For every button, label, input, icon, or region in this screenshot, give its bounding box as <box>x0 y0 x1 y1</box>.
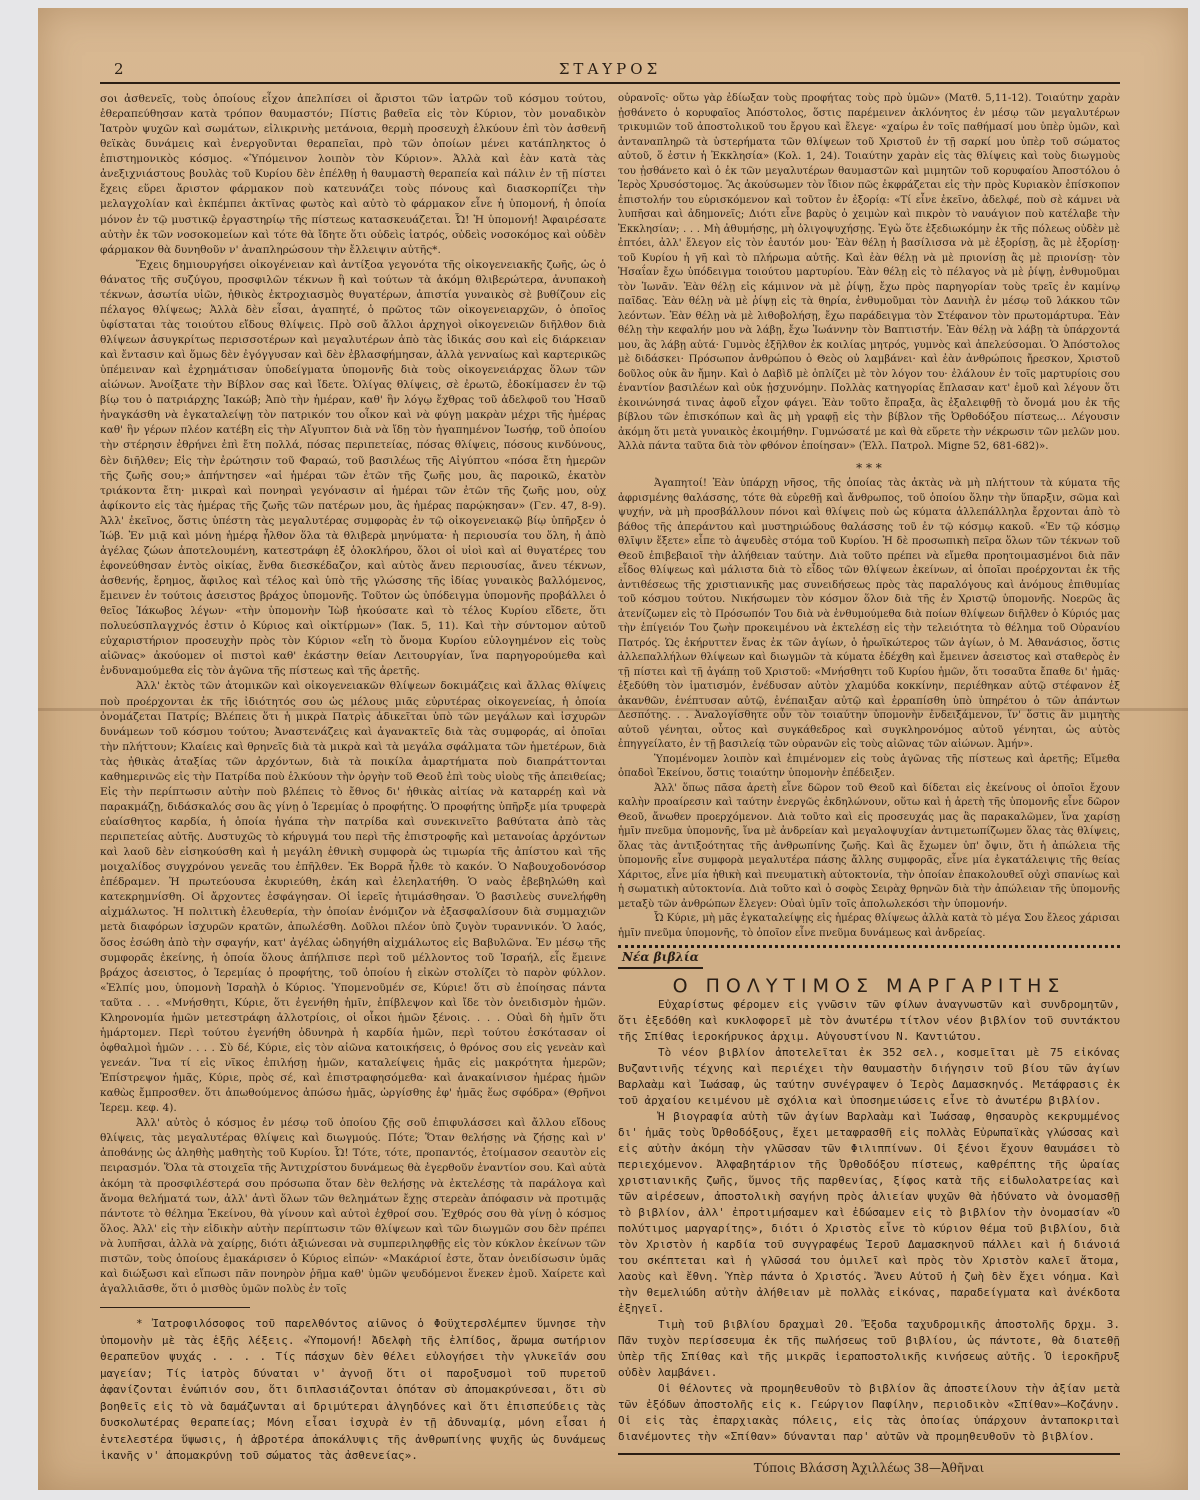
section-separator: * * * <box>618 461 1120 476</box>
article-paragraph: οὐρανοῖς· οὕτω γὰρ ἐδίωξαν τοὺς προφήτας… <box>618 92 1120 455</box>
announcement-paragraph: Τὸ νέον βιβλίον ἀποτελεῖται ἐκ 352 σελ.,… <box>618 1045 1120 1109</box>
announcement-paragraph: Εὐχαρίστως φέρομεν εἰς γνῶσιν τῶν φίλων … <box>618 997 1120 1045</box>
article-paragraph: Ἔχεις δημιουργήσει οἰκογένειαν καὶ ἀντίξ… <box>100 258 606 680</box>
article-paragraph: σοι ἀσθενεῖς, τοὺς ὁποίους εἶχον ἀπελπίσ… <box>100 92 606 258</box>
article-paragraph: Ἀλλ' ὅπως πᾶσα ἀρετὴ εἶνε δῶρον τοῦ Θεοῦ… <box>618 782 1120 913</box>
book-title: Ο ΠΟΛΥΤΙΜΟΣ ΜΑΡΓΑΡΙΤΗΣ <box>618 979 1120 994</box>
closing-prayer: Ὦ Κύριε, μὴ μᾶς ἐγκαταλείψῃς εἰς ἡμέρας … <box>618 912 1120 941</box>
article-paragraph: Ὑπομένομεν λοιπὸν καὶ ἐπιμένομεν εἰς τοὺ… <box>618 753 1120 782</box>
footnote-divider <box>100 1307 250 1308</box>
footnote: * Ἰατροφιλόσοφος τοῦ παρελθόντος αἰῶνος … <box>100 1316 606 1465</box>
book-announcement: Εὐχαρίστως φέρομεν εἰς γνῶσιν τῶν φίλων … <box>618 997 1120 1445</box>
right-column: οὐρανοῖς· οὕτω γὰρ ἐδίωξαν τοὺς προφήτας… <box>618 92 1120 1476</box>
header-rule <box>100 82 1120 84</box>
page-header: 2 ΣΤΑΥΡΟΣ <box>100 60 1120 80</box>
article-paragraph: Ἀλλ' αὐτὸς ὁ κόσμος ἐν μέσῳ τοῦ ὁποίου ζ… <box>100 1116 606 1297</box>
dotted-divider <box>618 945 1120 948</box>
bottom-rule <box>618 1453 1120 1455</box>
article-paragraph: Ἀγαπητοί! Ἐὰν ὑπάρχῃ νῆσος, τῆς ὁποίας τ… <box>618 477 1120 753</box>
left-column: σοι ἀσθενεῖς, τοὺς ὁποίους εἶχον ἀπελπίσ… <box>100 92 606 1465</box>
masthead: ΣΤΑΥΡΟΣ <box>100 60 1120 78</box>
announcement-paragraph: Οἱ θέλοντες νὰ προμηθευθοῦν τὸ βιβλίον ἂ… <box>618 1381 1120 1445</box>
new-books-label: Νέα βιβλία <box>618 950 703 969</box>
article-paragraph: Ἀλλ' ἐκτὸς τῶν ἀτομικῶν καὶ οἰκογενειακῶ… <box>100 679 606 1116</box>
announcement-paragraph: Τιμὴ τοῦ βιβλίου δραχμαὶ 20. Ἔξοδα ταχυδ… <box>618 1317 1120 1381</box>
announcement-paragraph: Ἡ βιογραφία αὐτὴ τῶν ἁγίων Βαρλαὰμ καὶ Ἰ… <box>618 1109 1120 1317</box>
printer-imprint: Τύποις Βλάσση Ἀχιλλέως 38—Ἀθῆναι <box>618 1461 1120 1476</box>
